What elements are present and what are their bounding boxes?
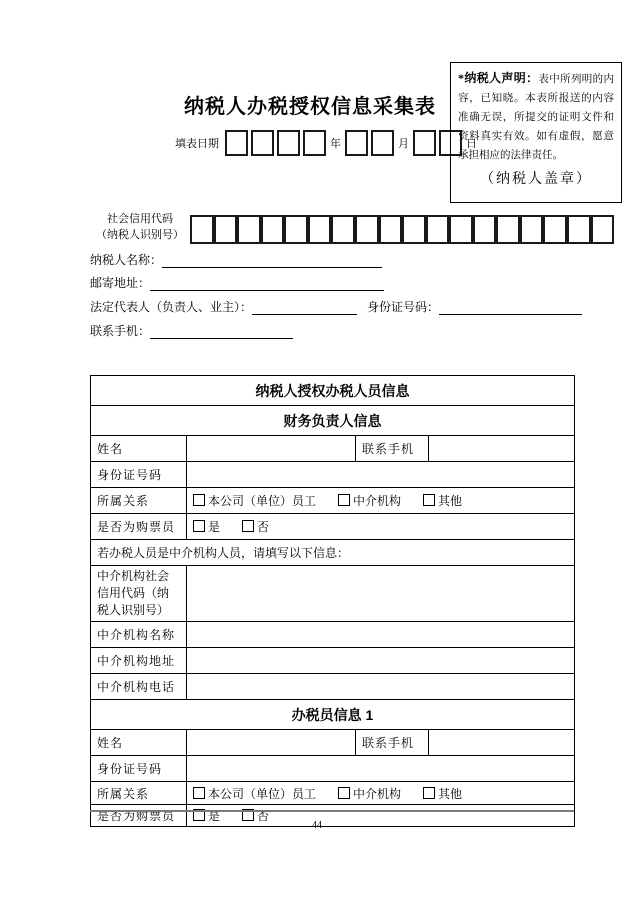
fill-box[interactable] bbox=[261, 215, 285, 244]
taxpayer-declaration-box: *纳税人声明：表中所列明的内容，已知晓。本表所报送的内容准确无误，所提交的证明文… bbox=[450, 62, 622, 203]
clerk-phone-label: 联系手机 bbox=[356, 730, 429, 756]
fill-box[interactable] bbox=[402, 215, 426, 244]
fill-box[interactable] bbox=[413, 130, 436, 156]
taxpayer-name-label: 纳税人名称： bbox=[90, 251, 162, 268]
contact-phone-input[interactable] bbox=[150, 324, 293, 339]
clerk-section-header: 办税员信息 1 bbox=[91, 700, 575, 730]
declaration-lead: *纳税人声明： bbox=[458, 71, 538, 85]
agency-name-label: 中介机构名称 bbox=[91, 622, 187, 648]
clerk-id-label: 身份证号码 bbox=[91, 756, 187, 782]
checkbox-icon bbox=[423, 787, 435, 799]
finance-section-header: 财务负责人信息 bbox=[91, 406, 575, 436]
mailing-address-row: 邮寄地址： bbox=[90, 275, 384, 291]
checkbox-icon bbox=[338, 787, 350, 799]
fill-box[interactable] bbox=[277, 130, 300, 156]
taxpayer-name-input[interactable] bbox=[162, 253, 382, 268]
clerk-relation-checkbox-agency[interactable]: 中介机构 bbox=[338, 787, 401, 801]
fill-box[interactable] bbox=[284, 215, 308, 244]
finance-purchaser-options: 是否 bbox=[187, 514, 575, 540]
fill-box[interactable] bbox=[496, 215, 520, 244]
table-main-header: 纳税人授权办税人员信息 bbox=[91, 376, 575, 406]
credit-code-label: 社会信用代码 （纳税人识别号） bbox=[86, 211, 194, 243]
finance-relation-checkbox-other[interactable]: 其他 bbox=[423, 494, 462, 508]
fill-date-row: 填表日期 年 月 日 bbox=[175, 129, 477, 156]
agency-code-input[interactable] bbox=[187, 566, 575, 622]
finance-relation-checkbox-employee[interactable]: 本公司（单位）员工 bbox=[193, 494, 316, 508]
mailing-address-label: 邮寄地址： bbox=[90, 274, 150, 291]
agency-note: 若办税人员是中介机构人员，请填写以下信息： bbox=[91, 540, 575, 566]
fill-box[interactable] bbox=[520, 215, 544, 244]
clerk-relation-checkbox-employee[interactable]: 本公司（单位）员工 bbox=[193, 787, 316, 801]
taxpayer-name-row: 纳税人名称： bbox=[90, 252, 382, 268]
fill-box[interactable] bbox=[449, 215, 473, 244]
month-suffix-label: 月 bbox=[398, 135, 409, 151]
fill-box[interactable] bbox=[225, 130, 248, 156]
checkbox-label: 中介机构 bbox=[353, 787, 401, 801]
form-page: 纳税人办税授权信息采集表 填表日期 年 月 日 *纳税人声明：表中所列明的内容，… bbox=[0, 0, 634, 898]
clerk-name-input[interactable] bbox=[187, 730, 356, 756]
page-number: 44 bbox=[0, 820, 634, 831]
agency-phone-input[interactable] bbox=[187, 674, 575, 700]
clerk-name-label: 姓名 bbox=[91, 730, 187, 756]
fill-box[interactable] bbox=[190, 215, 214, 244]
taxpayer-stamp-label: （纳税人盖章） bbox=[458, 168, 614, 188]
fill-box[interactable] bbox=[308, 215, 332, 244]
fill-box[interactable] bbox=[237, 215, 261, 244]
fill-box[interactable] bbox=[331, 215, 355, 244]
finance-relation-options: 本公司（单位）员工中介机构其他 bbox=[187, 488, 575, 514]
credit-code-label-line2: （纳税人识别号） bbox=[86, 227, 194, 243]
checkbox-icon bbox=[193, 520, 205, 532]
agency-code-label: 中介机构社会信用代码（纳税人识别号） bbox=[91, 566, 187, 622]
fill-box[interactable] bbox=[251, 130, 274, 156]
agency-name-input[interactable] bbox=[187, 622, 575, 648]
checkbox-icon bbox=[423, 494, 435, 506]
declaration-body: 表中所列明的内容，已知晓。本表所报送的内容准确无误，所提交的证明文件和资料真实有… bbox=[458, 74, 614, 161]
fill-box[interactable] bbox=[303, 130, 326, 156]
checkbox-label: 其他 bbox=[438, 494, 462, 508]
fill-date-label: 填表日期 bbox=[175, 135, 219, 151]
id-number-input[interactable] bbox=[439, 300, 582, 315]
finance-relation-label: 所属关系 bbox=[91, 488, 187, 514]
finance-purchaser-checkbox-yes[interactable]: 是 bbox=[193, 520, 220, 534]
finance-purchaser-label: 是否为购票员 bbox=[91, 514, 187, 540]
agency-phone-label: 中介机构电话 bbox=[91, 674, 187, 700]
checkbox-label: 本公司（单位）员工 bbox=[208, 787, 316, 801]
finance-phone-input[interactable] bbox=[429, 436, 575, 462]
finance-relation-checkbox-agency[interactable]: 中介机构 bbox=[338, 494, 401, 508]
legal-representative-input[interactable] bbox=[252, 300, 357, 315]
checkbox-icon bbox=[338, 494, 350, 506]
finance-phone-label: 联系手机 bbox=[356, 436, 429, 462]
contact-phone-row: 联系手机： bbox=[90, 323, 293, 339]
clerk-id-input[interactable] bbox=[187, 756, 575, 782]
fill-box[interactable] bbox=[473, 215, 497, 244]
mailing-address-input[interactable] bbox=[150, 276, 384, 291]
checkbox-label: 本公司（单位）员工 bbox=[208, 494, 316, 508]
checkbox-icon bbox=[193, 494, 205, 506]
finance-id-input[interactable] bbox=[187, 462, 575, 488]
fill-box[interactable] bbox=[345, 130, 368, 156]
fill-box[interactable] bbox=[214, 215, 238, 244]
fill-box[interactable] bbox=[543, 215, 567, 244]
clerk-relation-options: 本公司（单位）员工中介机构其他 bbox=[187, 782, 575, 805]
agency-address-input[interactable] bbox=[187, 648, 575, 674]
fill-box[interactable] bbox=[426, 215, 450, 244]
year-fill-boxes bbox=[225, 130, 326, 156]
agency-address-label: 中介机构地址 bbox=[91, 648, 187, 674]
finance-id-label: 身份证号码 bbox=[91, 462, 187, 488]
legal-representative-label: 法定代表人（负责人、业主）： bbox=[90, 298, 252, 315]
clerk-relation-checkbox-other[interactable]: 其他 bbox=[423, 787, 462, 801]
page-break-line bbox=[90, 810, 574, 812]
id-number-label: 身份证号码： bbox=[367, 298, 439, 315]
clerk-phone-input[interactable] bbox=[429, 730, 575, 756]
checkbox-label: 否 bbox=[257, 520, 269, 534]
authorized-personnel-table: 纳税人授权办税人员信息 财务负责人信息 姓名 联系手机 身份证号码 所属关系 本… bbox=[90, 375, 574, 827]
credit-code-label-line1: 社会信用代码 bbox=[86, 211, 194, 227]
month-fill-boxes bbox=[345, 130, 394, 156]
checkbox-label: 其他 bbox=[438, 787, 462, 801]
legal-representative-row: 法定代表人（负责人、业主）：身份证号码： bbox=[90, 299, 582, 315]
checkbox-label: 是 bbox=[208, 520, 220, 534]
fill-box[interactable] bbox=[591, 215, 615, 244]
credit-code-fill-boxes bbox=[190, 215, 614, 244]
fill-box[interactable] bbox=[355, 215, 379, 244]
fill-box[interactable] bbox=[567, 215, 591, 244]
finance-name-label: 姓名 bbox=[91, 436, 187, 462]
checkbox-label: 中介机构 bbox=[353, 494, 401, 508]
checkbox-icon bbox=[193, 787, 205, 799]
declaration-text: *纳税人声明：表中所列明的内容，已知晓。本表所报送的内容准确无误，所提交的证明文… bbox=[458, 69, 614, 165]
contact-phone-label: 联系手机： bbox=[90, 322, 150, 339]
year-suffix-label: 年 bbox=[330, 135, 341, 151]
checkbox-icon bbox=[242, 520, 254, 532]
fill-box[interactable] bbox=[371, 130, 394, 156]
finance-name-input[interactable] bbox=[187, 436, 356, 462]
finance-purchaser-checkbox-no[interactable]: 否 bbox=[242, 520, 269, 534]
clerk-relation-label: 所属关系 bbox=[91, 782, 187, 805]
fill-box[interactable] bbox=[379, 215, 403, 244]
